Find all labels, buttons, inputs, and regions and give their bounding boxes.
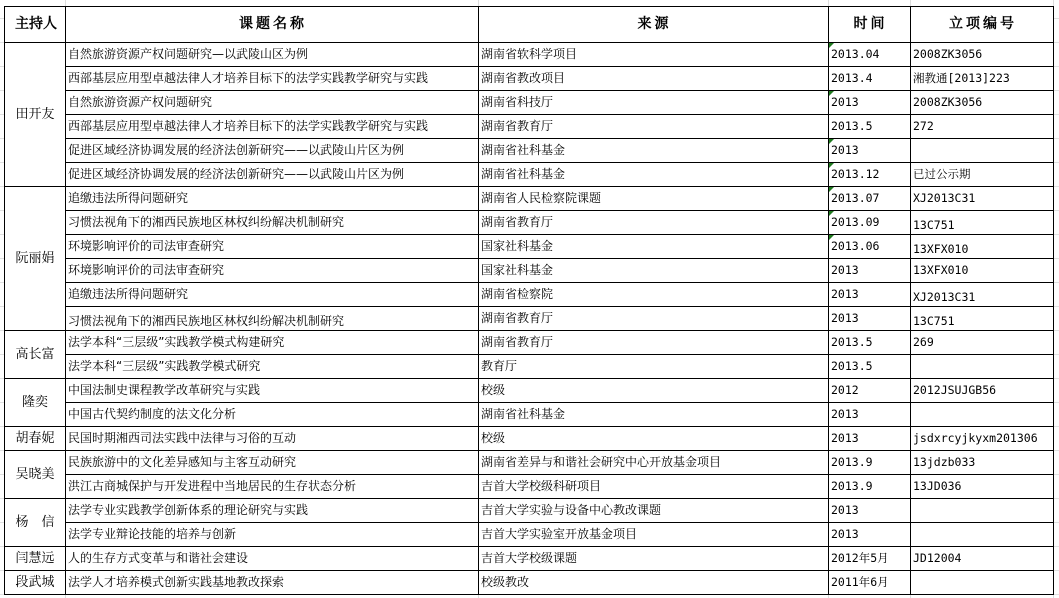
table-row: 自然旅游资源产权问题研究湖南省科技厅20132008ZK3056 [5,91,1054,115]
cell-host[interactable]: 隆奕 [5,379,66,427]
table-row: 促进区域经济协调发展的经济法创新研究——以武陵山片区为例湖南省社科基金2013 [5,139,1054,163]
cell-source[interactable]: 湖南省社科基金 [479,403,829,427]
cell-code[interactable]: 13JD036 [911,475,1054,499]
cell-title[interactable]: 中国古代契约制度的法文化分析 [66,403,479,427]
cell-source[interactable]: 校级 [479,379,829,403]
cell-time[interactable]: 2013.5 [829,331,911,355]
table-row: 田开友自然旅游资源产权问题研究—以武陵山区为例湖南省软科学项目2013.0420… [5,43,1054,67]
cell-code[interactable]: 272 [911,115,1054,139]
cell-source[interactable]: 吉首大学校级课题 [479,547,829,571]
table-row: 西部基层应用型卓越法律人才培养目标下的法学实践教学研究与实践湖南省教育厅2013… [5,115,1054,139]
cell-source[interactable]: 湖南省人民检察院课题 [479,187,829,211]
cell-source[interactable]: 湖南省教育厅 [479,307,829,331]
table-row: 西部基层应用型卓越法律人才培养目标下的法学实践教学研究与实践湖南省教改项目201… [5,67,1054,91]
table-row: 洪江古商城保护与开发进程中当地居民的生存状态分析吉首大学校级科研项目2013.9… [5,475,1054,499]
cell-source[interactable]: 湖南省社科基金 [479,163,829,187]
cell-code[interactable]: 269 [911,331,1054,355]
cell-time[interactable]: 2013.4 [829,67,911,91]
cell-code[interactable]: JD12004 [911,547,1054,571]
cell-host[interactable]: 杨 信 [5,499,66,547]
cell-source[interactable]: 吉首大学校级科研项目 [479,475,829,499]
cell-code[interactable]: 13C751 [911,307,1054,331]
cell-source[interactable]: 湖南省教育厅 [479,115,829,139]
cell-time[interactable]: 2013.07 [829,187,911,211]
project-table: 主持人 课题名称 来源 时间 立项编号 田开友自然旅游资源产权问题研究—以武陵山… [4,6,1054,595]
table-row: 环境影响评价的司法审查研究国家社科基金201313XFX010 [5,259,1054,283]
table-row: 高长富法学本科“三层级”实践教学模式构建研究湖南省教育厅2013.5269 [5,331,1054,355]
cell-source[interactable]: 校级教改 [479,571,829,595]
cell-host[interactable]: 高长富 [5,331,66,379]
table-row: 法学本科“三层级”实践教学模式研究教育厅2013.5 [5,355,1054,379]
table-row: 法学专业辩论技能的培养与创新吉首大学实验室开放基金项目2013 [5,523,1054,547]
cell-code[interactable]: jsdxrcyjkyxm201306 [911,427,1054,451]
cell-time[interactable]: 2012年5月 [829,547,911,571]
cell-title[interactable]: 法学专业辩论技能的培养与创新 [66,523,479,547]
cell-time[interactable]: 2013 [829,403,911,427]
cell-title[interactable]: 西部基层应用型卓越法律人才培养目标下的法学实践教学研究与实践 [66,115,479,139]
table-row: 阮丽娟追缴违法所得问题研究湖南省人民检察院课题2013.07XJ2013C31 [5,187,1054,211]
cell-time[interactable]: 2011年6月 [829,571,911,595]
cell-title[interactable]: 中国法制史课程教学改革研究与实践 [66,379,479,403]
cell-time[interactable]: 2013 [829,523,911,547]
table-row: 段武城法学人才培养模式创新实践基地教改探索校级教改2011年6月 [5,571,1054,595]
cell-source[interactable]: 湖南省差异与和谐社会研究中心开放基金项目 [479,451,829,475]
header-source[interactable]: 来源 [479,7,829,43]
cell-time[interactable]: 2013 [829,139,911,163]
cell-code[interactable]: 2008ZK3056 [911,91,1054,115]
header-host[interactable]: 主持人 [5,7,66,43]
table-row: 隆奕中国法制史课程教学改革研究与实践校级20122012JSUJGB56 [5,379,1054,403]
cell-title[interactable]: 追缴违法所得问题研究 [66,187,479,211]
table-row: 中国古代契约制度的法文化分析湖南省社科基金2013 [5,403,1054,427]
table-row: 吴晓美民族旅游中的文化差异感知与主客互动研究湖南省差异与和谐社会研究中心开放基金… [5,451,1054,475]
cell-source[interactable]: 湖南省教育厅 [479,211,829,235]
cell-source[interactable]: 湖南省教改项目 [479,67,829,91]
cell-time[interactable]: 2013 [829,427,911,451]
cell-host[interactable]: 段武城 [5,571,66,595]
cell-code[interactable] [911,403,1054,427]
cell-title[interactable]: 法学本科“三层级”实践教学模式构建研究 [66,331,479,355]
table-row: 环境影响评价的司法审查研究国家社科基金2013.0613XFX010 [5,235,1054,259]
cell-code[interactable]: 13XFX010 [911,259,1054,283]
cell-code[interactable]: 湘教通[2013]223 [911,67,1054,91]
cell-code[interactable] [911,499,1054,523]
cell-host[interactable]: 田开友 [5,43,66,187]
cell-time[interactable]: 2013.12 [829,163,911,187]
cell-title[interactable]: 习惯法视角下的湘西民族地区林权纠纷解决机制研究 [66,211,479,235]
cell-time[interactable]: 2013.5 [829,115,911,139]
table-row: 习惯法视角下的湘西民族地区林权纠纷解决机制研究湖南省教育厅201313C751 [5,307,1054,331]
cell-code[interactable] [911,355,1054,379]
header-time[interactable]: 时间 [829,7,911,43]
cell-source[interactable]: 吉首大学实验与设备中心教改课题 [479,499,829,523]
cell-title[interactable]: 民国时期湘西司法实践中法律与习俗的互动 [66,427,479,451]
cell-source[interactable]: 湖南省教育厅 [479,331,829,355]
cell-source[interactable]: 教育厅 [479,355,829,379]
cell-source[interactable]: 校级 [479,427,829,451]
cell-title[interactable]: 追缴违法所得问题研究 [66,283,479,307]
cell-time[interactable]: 2013 [829,499,911,523]
cell-title[interactable]: 法学专业实践教学创新体系的理论研究与实践 [66,499,479,523]
table-row: 追缴违法所得问题研究湖南省检察院2013XJ2013C31 [5,283,1054,307]
cell-time[interactable]: 2013.09 [829,211,911,235]
cell-title[interactable]: 法学人才培养模式创新实践基地教改探索 [66,571,479,595]
cell-code[interactable]: XJ2013C31 [911,283,1054,307]
cell-time[interactable]: 2013.04 [829,43,911,67]
cell-source[interactable]: 湖南省科技厅 [479,91,829,115]
table-row: 胡春妮民国时期湘西司法实践中法律与习俗的互动校级2013jsdxrcyjkyxm… [5,427,1054,451]
cell-time[interactable]: 2013.5 [829,355,911,379]
header-code[interactable]: 立项编号 [911,7,1054,43]
cell-host[interactable]: 阮丽娟 [5,187,66,331]
cell-source[interactable]: 国家社科基金 [479,235,829,259]
cell-title[interactable]: 民族旅游中的文化差异感知与主客互动研究 [66,451,479,475]
cell-time[interactable]: 2013.9 [829,475,911,499]
cell-code[interactable]: 2008ZK3056 [911,43,1054,67]
table-row: 杨 信法学专业实践教学创新体系的理论研究与实践吉首大学实验与设备中心教改课题20… [5,499,1054,523]
cell-code[interactable]: XJ2013C31 [911,187,1054,211]
cell-time[interactable]: 2013 [829,91,911,115]
cell-code[interactable] [911,523,1054,547]
cell-code[interactable]: 13C751 [911,211,1054,235]
cell-code[interactable] [911,139,1054,163]
cell-title[interactable]: 洪江古商城保护与开发进程中当地居民的生存状态分析 [66,475,479,499]
cell-title[interactable]: 自然旅游资源产权问题研究 [66,91,479,115]
cell-time[interactable]: 2013.9 [829,451,911,475]
table-row: 闫慧远人的生存方式变革与和谐社会建设吉首大学校级课题2012年5月JD12004 [5,547,1054,571]
table-body: 田开友自然旅游资源产权问题研究—以武陵山区为例湖南省软科学项目2013.0420… [5,43,1054,595]
table-row: 促进区域经济协调发展的经济法创新研究——以武陵山片区为例湖南省社科基金2013.… [5,163,1054,187]
cell-title[interactable]: 西部基层应用型卓越法律人才培养目标下的法学实践教学研究与实践 [66,67,479,91]
cell-code[interactable]: 13XFX010 [911,235,1054,259]
cell-time[interactable]: 2013 [829,259,911,283]
cell-title[interactable]: 自然旅游资源产权问题研究—以武陵山区为例 [66,43,479,67]
cell-title[interactable]: 促进区域经济协调发展的经济法创新研究——以武陵山片区为例 [66,139,479,163]
cell-source[interactable]: 湖南省软科学项目 [479,43,829,67]
cell-host[interactable]: 胡春妮 [5,427,66,451]
cell-time[interactable]: 2013.06 [829,235,911,259]
cell-title[interactable]: 环境影响评价的司法审查研究 [66,259,479,283]
cell-code[interactable]: 13jdzb033 [911,451,1054,475]
cell-source[interactable]: 吉首大学实验室开放基金项目 [479,523,829,547]
cell-source[interactable]: 湖南省检察院 [479,283,829,307]
cell-time[interactable]: 2013 [829,307,911,331]
cell-title[interactable]: 促进区域经济协调发展的经济法创新研究——以武陵山片区为例 [66,163,479,187]
cell-time[interactable]: 2013 [829,283,911,307]
cell-code[interactable] [911,571,1054,595]
header-row: 主持人 课题名称 来源 时间 立项编号 [5,7,1054,43]
cell-title[interactable]: 法学本科“三层级”实践教学模式研究 [66,355,479,379]
cell-host[interactable]: 闫慧远 [5,547,66,571]
cell-title[interactable]: 习惯法视角下的湘西民族地区林权纠纷解决机制研究 [66,307,479,331]
cell-time[interactable]: 2012 [829,379,911,403]
cell-source[interactable]: 国家社科基金 [479,259,829,283]
table-row: 习惯法视角下的湘西民族地区林权纠纷解决机制研究湖南省教育厅2013.0913C7… [5,211,1054,235]
cell-host[interactable]: 吴晓美 [5,451,66,499]
cell-source[interactable]: 湖南省社科基金 [479,139,829,163]
cell-code[interactable]: 2012JSUJGB56 [911,379,1054,403]
cell-code[interactable]: 已过公示期 [911,163,1054,187]
cell-title[interactable]: 环境影响评价的司法审查研究 [66,235,479,259]
header-title[interactable]: 课题名称 [66,7,479,43]
cell-title[interactable]: 人的生存方式变革与和谐社会建设 [66,547,479,571]
